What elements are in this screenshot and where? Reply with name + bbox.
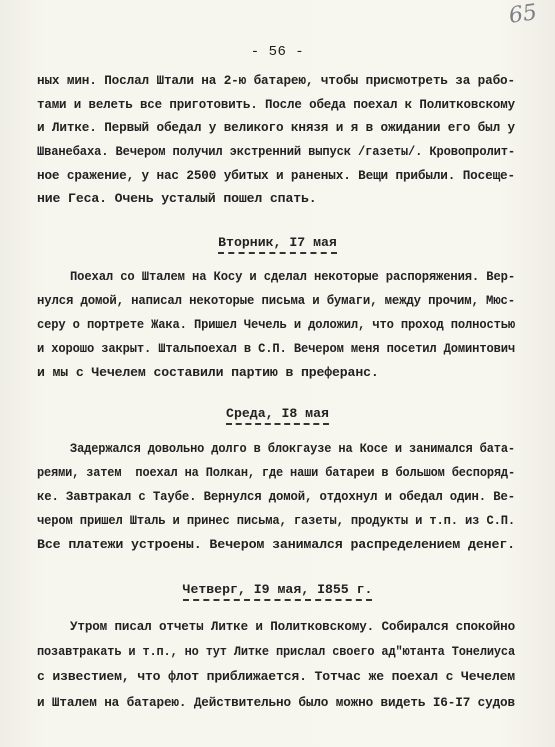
text-line: чером пришел Шталь и принес письма, газе… (37, 514, 515, 527)
text-line: и мы с Чечелем составили партию в префер… (37, 366, 379, 379)
text-line: позавтракать и т.п., но тут Литке присла… (37, 645, 515, 658)
text-line: и хорошо закрыт. Штальпоехал в С.П. Вече… (37, 342, 515, 355)
heading-text: Вторник, I7 мая (218, 235, 337, 254)
entry-heading-thursday: Четверг, I9 мая, I855 г. (0, 582, 555, 601)
entry-heading-wednesday: Среда, I8 мая (0, 406, 555, 425)
text-line: ных мин. Послал Штали на 2-ю батарею, чт… (37, 74, 515, 87)
text-line: ние Геса. Очень усталый пошел спать. (37, 192, 317, 205)
text-line: тами и велеть все приготовить. После обе… (37, 98, 515, 111)
text-line: серу о портрете Жака. Пришел Чечель и до… (37, 318, 515, 331)
text-line: ное сражение, у нас 2500 убитых и ранены… (37, 169, 515, 182)
heading-text: Четверг, I9 мая, I855 г. (183, 582, 373, 601)
text-line: Поехал со Шталем на Косу и сделал некото… (70, 270, 515, 283)
page-number: - 56 - (0, 44, 555, 60)
text-line: нулся домой, написал некоторые письма и … (37, 294, 515, 307)
text-line: с известием, что флот приближается. Тотч… (37, 670, 515, 683)
text-line: и Шталем на батарею. Действительно было … (37, 696, 515, 709)
entry-heading-tuesday: Вторник, I7 мая (0, 235, 555, 254)
heading-text: Среда, I8 мая (226, 406, 329, 425)
text-line: Все платежи устроены. Вечером занимался … (37, 538, 515, 551)
text-line: и Литке. Первый обедал у великого князя … (37, 121, 515, 134)
text-line: ке. Завтракал с Таубе. Вернулся домой, о… (37, 490, 515, 503)
typewritten-page: 65 - 56 - ных мин. Послал Штали на 2-ю б… (0, 0, 555, 747)
text-line: Шванебаха. Вечером получил экстренний вы… (37, 145, 515, 158)
text-line: Задержался довольно долго в блокгаузе на… (70, 442, 515, 455)
handwritten-folio-number: 65 (507, 0, 538, 29)
text-line: Утром писал отчеты Литке и Политковскому… (70, 620, 515, 633)
text-line: реями, затем поехал на Полкан, где наши … (37, 466, 515, 479)
